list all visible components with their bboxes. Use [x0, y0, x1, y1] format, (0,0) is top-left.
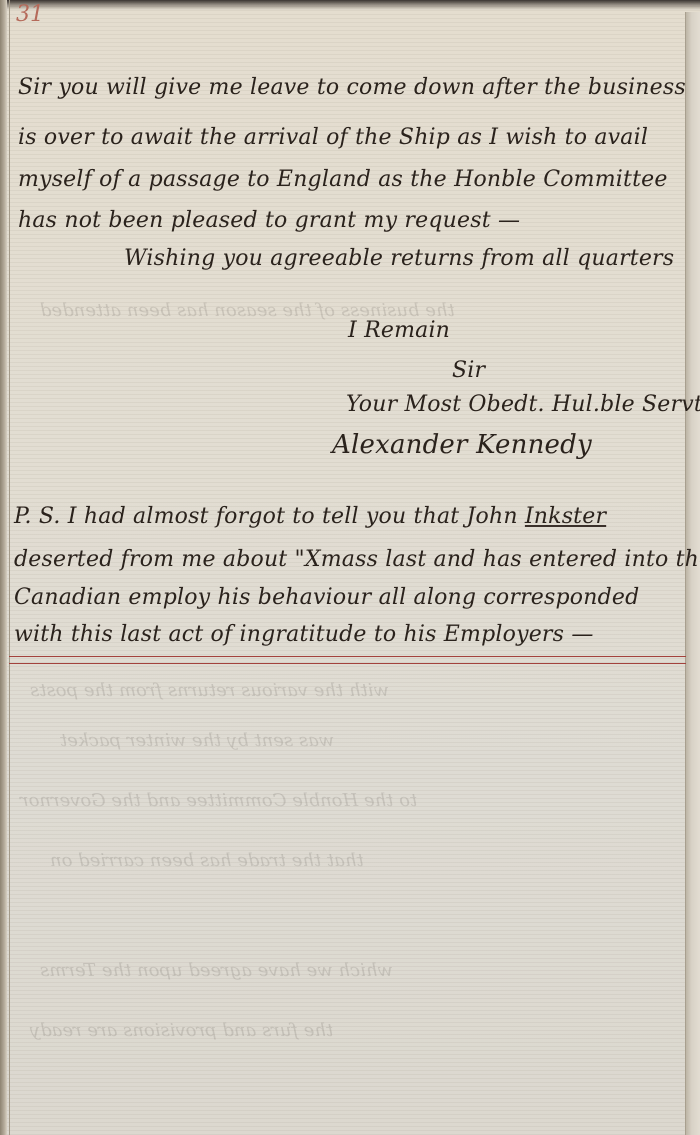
letter-line: myself of a passage to England as the Ho…: [18, 167, 668, 192]
bleed-through-text: which we have agreed upon the Terms: [40, 960, 393, 981]
margin-rule: [9, 0, 10, 1135]
underlined-name: Inkster: [525, 504, 606, 529]
manuscript-page: 31 the business of the season has been a…: [0, 0, 700, 1135]
closing-servant: Your Most Obedt. Hul.ble Servt.: [346, 392, 700, 417]
letter-line: is over to await the arrival of the Ship…: [18, 125, 648, 150]
signature: Alexander Kennedy: [332, 430, 592, 460]
adjacent-page-edge: [685, 12, 700, 1135]
letter-line: Sir you will give me leave to come down …: [18, 75, 686, 100]
bleed-through-text: that the trade has been carried on: [50, 850, 364, 871]
bleed-through-text: the furs and provisions are ready: [30, 1020, 333, 1041]
book-gutter-shadow: [0, 0, 700, 10]
postscript-line: Canadian employ his behaviour all along …: [14, 585, 639, 610]
letter-line: has not been pleased to grant my request…: [18, 208, 520, 233]
section-rule-bottom: [9, 663, 686, 664]
page-left-edge: [0, 0, 7, 1135]
page-number: 31: [16, 2, 44, 27]
closing-remain: I Remain: [348, 318, 450, 343]
bleed-through-text: was sent by the winter packet: [60, 730, 334, 751]
bleed-through-text: with the various returns from the posts: [30, 680, 389, 701]
letter-line: Wishing you agreeable returns from all q…: [124, 246, 674, 271]
postscript-line: deserted from me about "Xmass last and h…: [14, 547, 700, 572]
bleed-through-text: to the Honble Committee and the Governor: [20, 790, 417, 811]
closing-sir: Sir: [452, 358, 485, 383]
postscript-text: P. S. I had almost forgot to tell you th…: [14, 504, 525, 529]
postscript-line: P. S. I had almost forgot to tell you th…: [14, 504, 606, 529]
postscript-line: with this last act of ingratitude to his…: [14, 622, 594, 647]
section-rule-top: [9, 656, 686, 657]
